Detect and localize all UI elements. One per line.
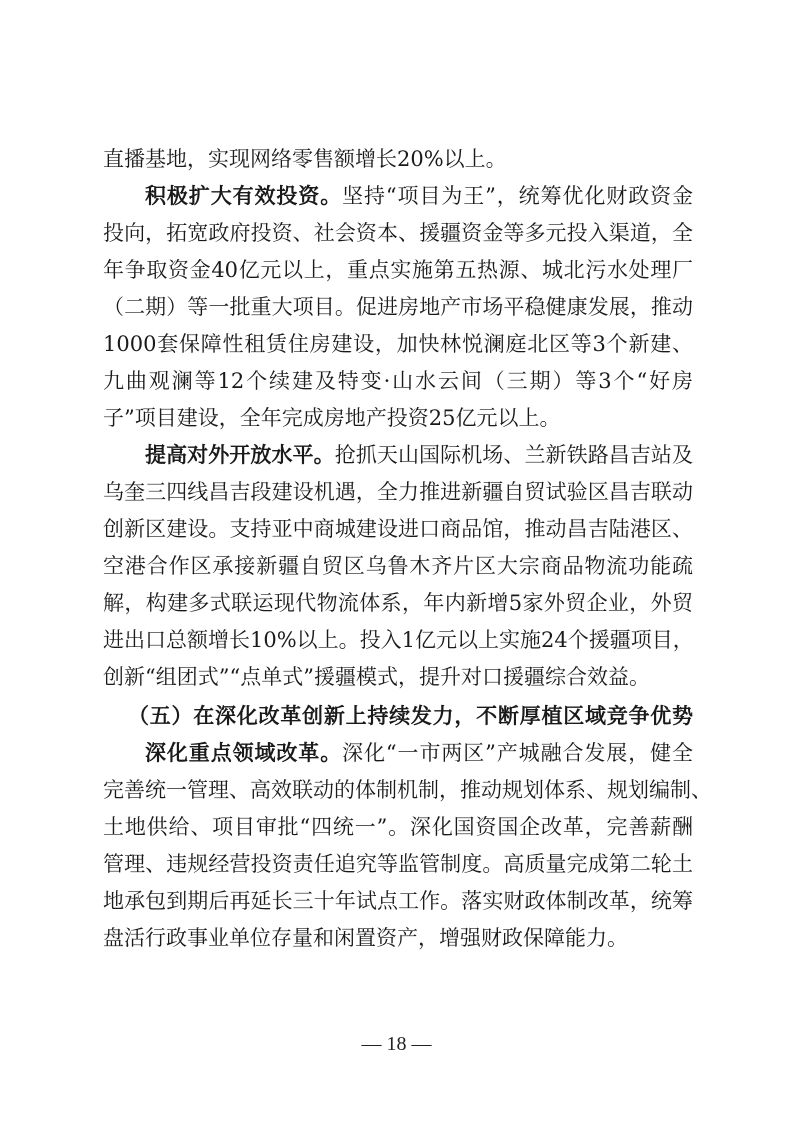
line-text: 九曲观澜等12个续建及特变·山水云间（三期）等3个“好房 (103, 369, 693, 393)
line-text: 完善统一管理、高效联动的体制机制，推动规划体系、规划编制、 (103, 778, 712, 802)
text-line: 九曲观澜等12个续建及特变·山水云间（三期）等3个“好房 (103, 368, 693, 394)
line-text: 投向，拓宽政府投资、社会资本、援疆资金等多元投入渠道，全 (103, 221, 693, 245)
text-line: 解，构建多式联运现代物流体系，年内新增5家外贸企业，外贸 (103, 590, 693, 616)
line-text: 创新区建设。支持亚中商城建设进口商品馆，推动昌吉陆港区、 (103, 517, 693, 541)
text-line: 完善统一管理、高效联动的体制机制，推动规划体系、规划编制、 (103, 777, 693, 803)
line-text: 地承包到期后再延长三十年试点工作。落实财政体制改革，统筹 (103, 889, 693, 913)
text-line: 投向，拓宽政府投资、社会资本、援疆资金等多元投入渠道，全 (103, 220, 693, 246)
line-text: 管理、违规经营投资责任追究等监管制度。高质量完成第二轮土 (103, 852, 693, 876)
line-text: （二期）等一批重大项目。促进房地产市场平稳健康发展，推动 (103, 295, 693, 319)
line-text: 年争取资金40亿元以上，重点实施第五热源、城北污水处理厂 (103, 258, 693, 282)
text-line: 创新区建设。支持亚中商城建设进口商品馆，推动昌吉陆港区、 (103, 516, 693, 542)
text-line: 地承包到期后再延长三十年试点工作。落实财政体制改革，统筹 (103, 888, 693, 914)
line-text: 乌奎三四线昌吉段建设机遇，全力推进新疆自贸试验区昌吉联动 (103, 480, 693, 504)
line-text: 直播基地，实现网络零售额增长20%以上。 (103, 147, 507, 171)
text-line: 管理、违规经营投资责任追究等监管制度。高质量完成第二轮土 (103, 851, 693, 877)
line-text: 土地供给、项目审批“四统一”。深化国资国企改革，完善薪酬 (103, 815, 693, 839)
paragraph-investment: 积极扩大有效投资。坚持“项目为王”，统筹优化财政资金 (145, 183, 693, 209)
text-line: 1000套保障性租赁住房建设，加快林悦澜庭北区等3个新建、 (103, 331, 693, 357)
paragraph-lead-investment: 积极扩大有效投资。 (145, 184, 342, 208)
line-text: 子”项目建设，全年完成房地产投资25亿元以上。 (103, 406, 560, 430)
page-number: — 18 — (0, 1033, 793, 1056)
paragraph-opening-up: 提高对外开放水平。抢抓天山国际机场、兰新铁路昌吉站及 (145, 442, 693, 468)
text-line: 盘活行政事业单位存量和闲置资产，增强财政保障能力。 (103, 925, 693, 951)
section-heading: （五）在深化改革创新上持续发力，不断厚植区域竞争优势 (128, 703, 693, 729)
line-text: 1000套保障性租赁住房建设，加快林悦澜庭北区等3个新建、 (103, 332, 693, 356)
text-line: 土地供给、项目审批“四统一”。深化国资国企改革，完善薪酬 (103, 814, 693, 840)
line-text: 空港合作区承接新疆自贸区乌鲁木齐片区大宗商品物流功能疏 (103, 554, 693, 578)
text-line: 直播基地，实现网络零售额增长20%以上。 (103, 146, 693, 172)
line-text: 进出口总额增长10%以上。投入1亿元以上实施24个援疆项目， (103, 628, 694, 652)
paragraph-reform: 深化重点领域改革。深化“一市两区”产城融合发展，健全 (145, 740, 693, 766)
line-text: 盘活行政事业单位存量和闲置资产，增强财政保障能力。 (103, 926, 628, 950)
line-text: 深化“一市两区”产城融合发展，健全 (342, 741, 693, 765)
paragraph-lead-opening-up: 提高对外开放水平。 (145, 443, 335, 467)
text-line: 子”项目建设，全年完成房地产投资25亿元以上。 (103, 405, 693, 431)
text-line: 年争取资金40亿元以上，重点实施第五热源、城北污水处理厂 (103, 257, 693, 283)
line-text: 创新“组团式”“点单式”援疆模式，提升对口援疆综合效益。 (103, 665, 650, 689)
section-heading-text: （五）在深化改革创新上持续发力，不断厚植区域竞争优势 (128, 704, 693, 728)
text-line: （二期）等一批重大项目。促进房地产市场平稳健康发展，推动 (103, 294, 693, 320)
line-text: 解，构建多式联运现代物流体系，年内新增5家外贸企业，外贸 (103, 591, 693, 615)
line-text: 抢抓天山国际机场、兰新铁路昌吉站及 (335, 443, 693, 467)
document-page: 直播基地，实现网络零售额增长20%以上。 积极扩大有效投资。坚持“项目为王”，统… (0, 0, 793, 1122)
line-text: 坚持“项目为王”，统筹优化财政资金 (342, 184, 693, 208)
text-line: 创新“组团式”“点单式”援疆模式，提升对口援疆综合效益。 (103, 664, 693, 690)
text-line: 进出口总额增长10%以上。投入1亿元以上实施24个援疆项目， (103, 627, 693, 653)
text-line: 乌奎三四线昌吉段建设机遇，全力推进新疆自贸试验区昌吉联动 (103, 479, 693, 505)
text-line: 空港合作区承接新疆自贸区乌鲁木齐片区大宗商品物流功能疏 (103, 553, 693, 579)
paragraph-lead-reform: 深化重点领域改革。 (145, 741, 342, 765)
